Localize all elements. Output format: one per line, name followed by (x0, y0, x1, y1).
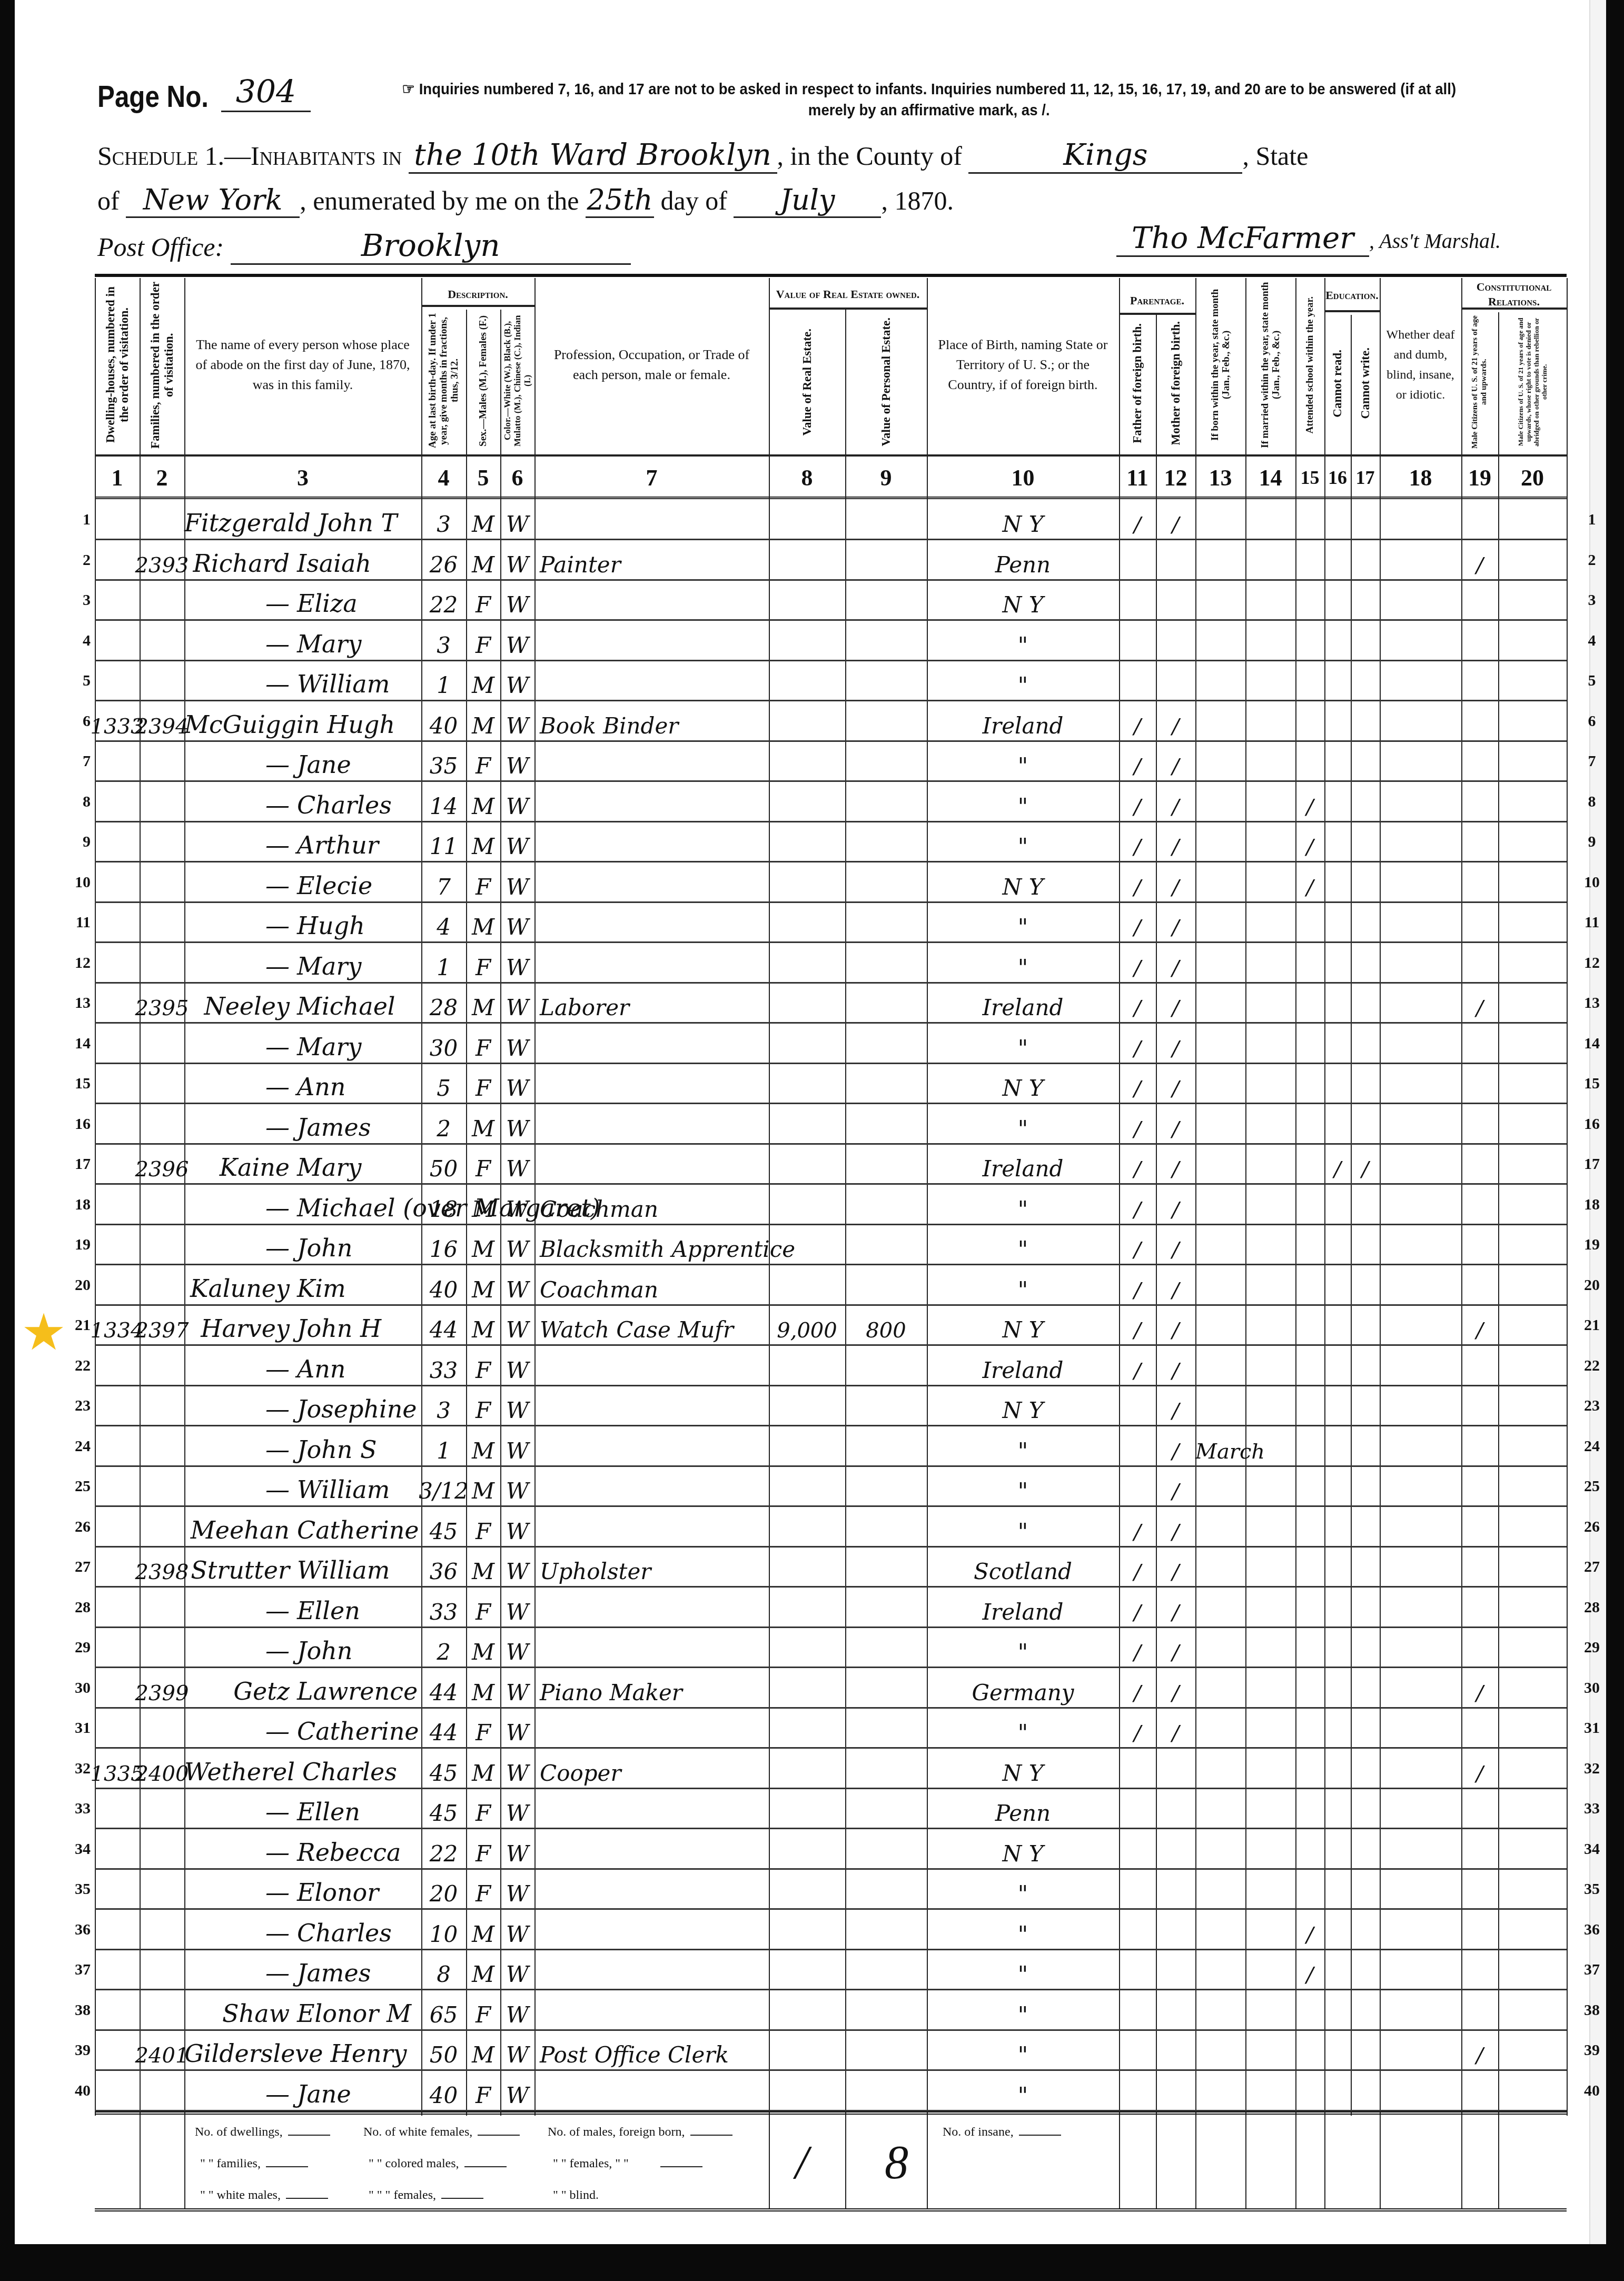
vote-denied (1498, 1185, 1567, 1225)
sex: M (466, 1669, 500, 1709)
given-name: John T (318, 509, 398, 537)
mother-foreign: / (1156, 1508, 1195, 1548)
dwelling-number (95, 1346, 140, 1386)
birthplace: " (927, 1105, 1119, 1145)
person-name: —Josephine (184, 1386, 421, 1426)
age: 40 (421, 702, 466, 742)
line-number-left: 33 (54, 1800, 91, 1818)
given-name: Jane (297, 750, 351, 779)
occupation: Coachman (540, 1185, 769, 1225)
sex: M (466, 1628, 500, 1668)
birthplace: " (927, 1266, 1119, 1306)
county-label: , in the County of (777, 141, 962, 171)
dwelling-number (95, 822, 140, 862)
birthplace: " (927, 661, 1119, 701)
group-constitutional: Constitutional Relations. (1461, 281, 1567, 310)
attended-school (1295, 1991, 1324, 2031)
married-month (1245, 1064, 1295, 1104)
sex: F (466, 581, 500, 621)
col-rule (1324, 2115, 1325, 2208)
male-citizen (1461, 1185, 1498, 1225)
given-name: Eliza (297, 589, 358, 618)
given-name: John S (297, 1435, 377, 1464)
dwelling-number: 1333 (95, 702, 140, 742)
col-num-18: 18 (1380, 457, 1461, 499)
line-number-left: 29 (54, 1639, 91, 1657)
father-foreign (1119, 1870, 1156, 1910)
real-estate-value (769, 822, 845, 862)
table-row: 3737—James8MW"/ (95, 1950, 1567, 1990)
real-estate-value (769, 2071, 845, 2111)
age: 8 (421, 1950, 466, 1990)
sex: M (466, 822, 500, 862)
dwelling-number (95, 1145, 140, 1185)
male-citizen (1461, 1467, 1498, 1507)
occupation: Upholster (540, 1548, 769, 1588)
born-month (1195, 1145, 1245, 1185)
cannot-write (1351, 1749, 1380, 1789)
given-name: Henry (331, 2039, 407, 2068)
table-row: 17172396KaineMary50FWIreland//// (95, 1145, 1567, 1185)
cannot-read (1324, 1789, 1351, 1829)
surname: — (184, 1838, 297, 1867)
personal-estate-value (845, 1749, 927, 1789)
age: 44 (421, 1709, 466, 1749)
marshal-signature: Tho McFarmer (1116, 221, 1369, 257)
born-month (1195, 822, 1245, 862)
sex: F (466, 621, 500, 661)
dwelling-number (95, 1225, 140, 1265)
line-number-right: 19 (1573, 1236, 1610, 1254)
married-month (1245, 621, 1295, 661)
male-citizen (1461, 702, 1498, 742)
line-number-right: 24 (1573, 1437, 1610, 1455)
person-name: KaluneyKim (184, 1266, 421, 1306)
table-row: 3535—Elonor20FW" (95, 1870, 1567, 1910)
born-month (1195, 1830, 1245, 1870)
col-rule (769, 2115, 770, 2208)
male-citizen: / (1461, 2031, 1498, 2071)
real-estate-value (769, 1064, 845, 1104)
col-rule (1295, 2115, 1296, 2208)
given-name: Ann (297, 1355, 345, 1383)
family-number (140, 1185, 184, 1225)
personal-estate-value (845, 1064, 927, 1104)
attended-school: / (1295, 1910, 1324, 1950)
col-header-6: Color.—White (W.), Black (B.), Mulatto (… (500, 310, 534, 452)
mother-foreign: / (1156, 1386, 1195, 1426)
personal-estate-value (845, 1870, 927, 1910)
surname: — (184, 1435, 297, 1464)
father-foreign (1119, 621, 1156, 661)
disability (1380, 1386, 1461, 1426)
male-citizen: / (1461, 1669, 1498, 1709)
mother-foreign: / (1156, 863, 1195, 903)
line-number-right: 7 (1573, 752, 1610, 770)
family-number: 2396 (140, 1145, 184, 1185)
line-number-left: 30 (54, 1679, 91, 1697)
family-number: 2400 (140, 1749, 184, 1789)
given-name: Rebecca (297, 1838, 401, 1867)
sex: M (466, 2031, 500, 2071)
line-number-right: 13 (1573, 994, 1610, 1012)
male-citizen (1461, 1145, 1498, 1185)
sex: F (466, 1870, 500, 1910)
table-row: 3636—Charles10MW"/ (95, 1910, 1567, 1950)
cannot-write (1351, 541, 1380, 581)
personal-estate-value (845, 1910, 927, 1950)
line-number-left: 27 (54, 1558, 91, 1576)
col-num-9: 9 (845, 457, 927, 499)
cannot-read (1324, 1910, 1351, 1950)
cannot-read (1324, 1870, 1351, 1910)
vote-denied (1498, 1548, 1567, 1588)
father-foreign: / (1119, 1024, 1156, 1064)
family-number (140, 661, 184, 701)
cannot-read (1324, 702, 1351, 742)
given-name: Elonor (297, 1878, 379, 1907)
real-estate-value (769, 1749, 845, 1789)
occupation: Watch Case Mufr (540, 1306, 769, 1346)
real-estate-value (769, 1950, 845, 1990)
vote-denied (1498, 944, 1567, 984)
person-name: NeeleyMichael (184, 984, 421, 1024)
real-estate-value (769, 944, 845, 984)
line-number-right: 21 (1573, 1316, 1610, 1334)
table-row: 2020KaluneyKim40MWCoachman"// (95, 1266, 1567, 1306)
dwelling-number (95, 500, 140, 540)
given-name: William (297, 1475, 390, 1504)
disability (1380, 1145, 1461, 1185)
occupation (540, 1427, 769, 1467)
occupation (540, 1830, 769, 1870)
person-name: ShawElonor M (184, 1991, 421, 2031)
male-citizen (1461, 782, 1498, 822)
age: 50 (421, 1145, 466, 1185)
married-month (1245, 661, 1295, 701)
male-citizen (1461, 581, 1498, 621)
male-citizen: / (1461, 541, 1498, 581)
dwelling-number (95, 1991, 140, 2031)
occupation (540, 1628, 769, 1668)
footer-families: " " families, (200, 2157, 308, 2171)
line-number-left: 5 (54, 672, 91, 690)
given-name: John (297, 1637, 352, 1665)
dwelling-number (95, 903, 140, 943)
color: W (500, 782, 534, 822)
line-number-left: 6 (54, 712, 91, 730)
family-number: 2397 (140, 1306, 184, 1346)
cannot-write (1351, 661, 1380, 701)
summary-footer: No. of dwellings, No. of white females, … (95, 2111, 1567, 2211)
surname: Gildersleve (184, 2039, 331, 2068)
father-foreign (1119, 1830, 1156, 1870)
occupation (540, 1346, 769, 1386)
sex: F (466, 1991, 500, 2031)
family-number (140, 1346, 184, 1386)
born-month (1195, 500, 1245, 540)
line-number-left: 2 (54, 551, 91, 569)
father-foreign: / (1119, 1548, 1156, 1588)
birthplace: N Y (927, 1749, 1119, 1789)
real-estate-value (769, 1789, 845, 1829)
color: W (500, 1508, 534, 1548)
vote-denied (1498, 541, 1567, 581)
occupation (540, 782, 769, 822)
male-citizen: / (1461, 1749, 1498, 1789)
color: W (500, 2071, 534, 2111)
vote-denied (1498, 1145, 1567, 1185)
col-header-20: Male Citizens of U. S. of 21 years of ag… (1498, 312, 1567, 452)
father-foreign (1119, 661, 1156, 701)
dwelling-number (95, 581, 140, 621)
family-number (140, 2071, 184, 2111)
scan-border-bottom (0, 2244, 1624, 2281)
real-estate-value (769, 2031, 845, 2071)
cannot-read: / (1324, 1145, 1351, 1185)
disability (1380, 1225, 1461, 1265)
line-number-left: 31 (54, 1719, 91, 1737)
married-month (1245, 1386, 1295, 1426)
mother-foreign (1156, 621, 1195, 661)
family-number (140, 944, 184, 984)
birthplace: " (927, 2031, 1119, 2071)
color: W (500, 1306, 534, 1346)
age: 7 (421, 863, 466, 903)
vote-denied (1498, 1427, 1567, 1467)
color: W (500, 1548, 534, 1588)
family-number (140, 1910, 184, 1950)
age: 10 (421, 1910, 466, 1950)
male-citizen (1461, 1064, 1498, 1104)
male-citizen (1461, 1548, 1498, 1588)
real-estate-value (769, 1386, 845, 1426)
father-foreign: / (1119, 1346, 1156, 1386)
col-num-5: 5 (466, 457, 500, 499)
col-num-19: 19 (1461, 457, 1498, 499)
family-number (140, 1789, 184, 1829)
father-foreign (1119, 581, 1156, 621)
personal-estate-value (845, 1548, 927, 1588)
occupation: Post Office Clerk (540, 2031, 769, 2071)
father-foreign: / (1119, 1225, 1156, 1265)
col-header-5: Sex.—Males (M.), Females (F.) (466, 310, 500, 452)
attended-school (1295, 661, 1324, 701)
real-estate-value (769, 863, 845, 903)
occupation: Painter (540, 541, 769, 581)
surname: — (184, 670, 297, 698)
cannot-read (1324, 1225, 1351, 1265)
born-month (1195, 1669, 1245, 1709)
attended-school (1295, 541, 1324, 581)
surname: — (184, 1637, 297, 1665)
dwelling-number (95, 863, 140, 903)
born-month (1195, 1346, 1245, 1386)
male-citizen (1461, 1628, 1498, 1668)
color: W (500, 581, 534, 621)
col-header-2: Families, numbered in the order of visit… (140, 278, 184, 452)
real-estate-value (769, 984, 845, 1024)
born-month (1195, 1870, 1245, 1910)
line-number-left: 18 (54, 1196, 91, 1214)
line-number-left: 24 (54, 1437, 91, 1455)
occupation (540, 2071, 769, 2111)
mother-foreign: / (1156, 1105, 1195, 1145)
family-number (140, 1064, 184, 1104)
real-estate-value (769, 1628, 845, 1668)
age: 16 (421, 1225, 466, 1265)
state-line: of New York, enumerated by me on the 25t… (97, 183, 954, 218)
male-citizen (1461, 1991, 1498, 2031)
table-row: 4040—Jane40FW" (95, 2071, 1567, 2111)
family-number (140, 1628, 184, 1668)
color: W (500, 1266, 534, 1306)
real-estate-value (769, 1427, 845, 1467)
line-number-left: 1 (54, 511, 91, 529)
birthplace: " (927, 1225, 1119, 1265)
age: 36 (421, 1548, 466, 1588)
person-name: McGuigginHugh (184, 702, 421, 742)
personal-estate-value (845, 742, 927, 782)
table-row: 44—Mary3FW" (95, 621, 1567, 661)
born-month (1195, 1508, 1245, 1548)
given-name: Hugh (297, 911, 365, 940)
married-month (1245, 2071, 1295, 2111)
real-estate-value (769, 903, 845, 943)
occupation: Blacksmith Apprentice (540, 1225, 769, 1265)
cannot-read (1324, 1467, 1351, 1507)
birthplace: Ireland (927, 1588, 1119, 1628)
cannot-write (1351, 903, 1380, 943)
sex: F (466, 1024, 500, 1064)
father-foreign (1119, 1789, 1156, 1829)
line-number-left: 13 (54, 994, 91, 1012)
table-row: 2424—John S1MW"/March (95, 1427, 1567, 1467)
age: 40 (421, 2071, 466, 2111)
family-number (140, 1105, 184, 1145)
surname: — (184, 1798, 297, 1826)
surname: — (184, 1073, 297, 1101)
male-citizen (1461, 742, 1498, 782)
personal-estate-value (845, 1669, 927, 1709)
mother-foreign: / (1156, 1548, 1195, 1588)
real-estate-value (769, 1870, 845, 1910)
disability (1380, 1064, 1461, 1104)
personal-estate-value (845, 944, 927, 984)
mother-foreign (1156, 1830, 1195, 1870)
col-num-14: 14 (1245, 457, 1295, 499)
male-citizen (1461, 1508, 1498, 1548)
male-citizen (1461, 1105, 1498, 1145)
table-row: 212113342397HarveyJohn H44MWWatch Case M… (95, 1306, 1567, 1346)
birthplace: Scotland (927, 1548, 1119, 1588)
dwelling-number (95, 1910, 140, 1950)
color: W (500, 1669, 534, 1709)
scan-border-right (1606, 0, 1624, 2281)
dwelling-number (95, 1386, 140, 1426)
mother-foreign: / (1156, 903, 1195, 943)
family-number (140, 1830, 184, 1870)
line-number-right: 16 (1573, 1115, 1610, 1133)
surname: Harvey (184, 1314, 297, 1343)
person-name: —Ellen (184, 1588, 421, 1628)
table-row: 3333—Ellen45FWPenn (95, 1789, 1567, 1829)
surname: — (184, 630, 297, 658)
age: 3/12 (421, 1467, 466, 1507)
personal-estate-value: 800 (845, 1306, 927, 1346)
occupation: Book Binder (540, 702, 769, 742)
attended-school (1295, 742, 1324, 782)
dwelling-number (95, 1467, 140, 1507)
age: 44 (421, 1669, 466, 1709)
line-number-right: 6 (1573, 712, 1610, 730)
sex: M (466, 1266, 500, 1306)
mother-foreign (1156, 2071, 1195, 2111)
county-field: Kings (968, 138, 1242, 174)
surname: — (184, 750, 297, 779)
family-number (140, 1024, 184, 1064)
vote-denied (1498, 1749, 1567, 1789)
attended-school (1295, 1064, 1324, 1104)
birthplace: Germany (927, 1669, 1119, 1709)
male-citizen (1461, 1386, 1498, 1426)
color: W (500, 1427, 534, 1467)
age: 45 (421, 1749, 466, 1789)
col-num-16: 16 (1324, 457, 1351, 499)
table-row: 1616—James2MW"// (95, 1105, 1567, 1145)
mother-foreign: / (1156, 1185, 1195, 1225)
father-foreign: / (1119, 1064, 1156, 1104)
cannot-write (1351, 1427, 1380, 1467)
given-name: Arthur (297, 831, 379, 859)
col-rule (1461, 2115, 1462, 2208)
footer-dwellings: No. of dwellings, (195, 2125, 330, 2139)
given-name: Mary (297, 1033, 362, 1061)
birthplace: " (927, 944, 1119, 984)
given-name: Lawrence (297, 1677, 418, 1705)
col-header-11: Father of foreign birth. (1119, 315, 1156, 452)
mother-foreign: / (1156, 500, 1195, 540)
married-month (1245, 1306, 1295, 1346)
color: W (500, 822, 534, 862)
col-rule (927, 2115, 928, 2208)
cannot-read (1324, 1508, 1351, 1548)
occupation (540, 944, 769, 984)
col-header-12: Mother of foreign birth. (1156, 315, 1195, 452)
vote-denied (1498, 903, 1567, 943)
line-number-right: 27 (1573, 1558, 1610, 1576)
table-row: 2525—William3/12MW"/ (95, 1467, 1567, 1507)
given-name: Charles (302, 1758, 397, 1786)
mother-foreign: / (1156, 1628, 1195, 1668)
father-foreign: / (1119, 822, 1156, 862)
line-number-right: 35 (1573, 1880, 1610, 1898)
col-rule (1119, 2115, 1120, 2208)
personal-estate-value (845, 1185, 927, 1225)
occupation (540, 500, 769, 540)
cannot-read (1324, 661, 1351, 701)
attended-school (1295, 1588, 1324, 1628)
table-row: 30302399GetzLawrence44MWPiano MakerGerma… (95, 1669, 1567, 1709)
color: W (500, 1628, 534, 1668)
table-row: 2323—Josephine3FWN Y/ (95, 1386, 1567, 1426)
person-name: —Jane (184, 2071, 421, 2111)
sex: M (466, 1950, 500, 1990)
disability (1380, 1709, 1461, 1749)
dwelling-number (95, 661, 140, 701)
married-month (1245, 944, 1295, 984)
table-row: 2828—Ellen33FWIreland// (95, 1588, 1567, 1628)
